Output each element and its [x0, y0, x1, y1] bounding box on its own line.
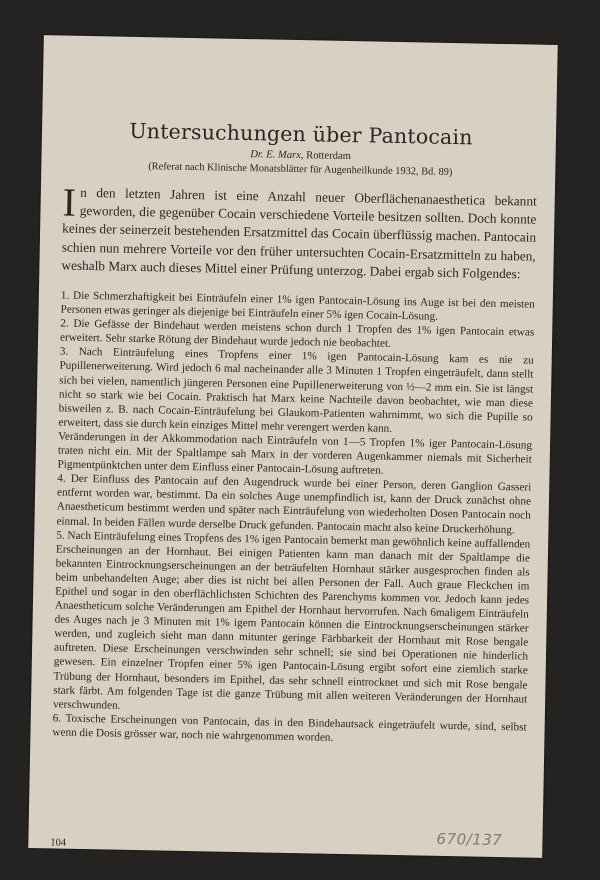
- intro-text: n den letzten Jahren ist eine Anzahl neu…: [61, 185, 537, 281]
- intro-paragraph: In den letzten Jahren ist eine Anzahl ne…: [61, 184, 537, 284]
- finding-paragraph: 4. Der Einfluss des Pantocain auf den Au…: [56, 472, 531, 537]
- drop-cap: I: [62, 186, 76, 220]
- author-name: Dr. E. Marx,: [250, 149, 303, 161]
- page-number: 104: [50, 837, 66, 848]
- finding-paragraph: 5. Nach Einträufelung eines Tropfens des…: [53, 528, 530, 720]
- findings-body: 1. Die Schmerzhaftigkeit bei Einträufeln…: [52, 289, 535, 749]
- scanned-page: Untersuchungen über Pantocain Dr. E. Mar…: [28, 35, 558, 858]
- finding-paragraph: 3. Nach Einträufelung eines Tropfens ein…: [58, 345, 534, 439]
- article-title: Untersuchungen über Pantocain: [64, 118, 538, 151]
- author-location: Rotterdam: [306, 150, 351, 162]
- page-content: Untersuchungen über Pantocain Dr. E. Mar…: [66, 36, 540, 45]
- handwritten-annotation: 670/137: [436, 830, 502, 849]
